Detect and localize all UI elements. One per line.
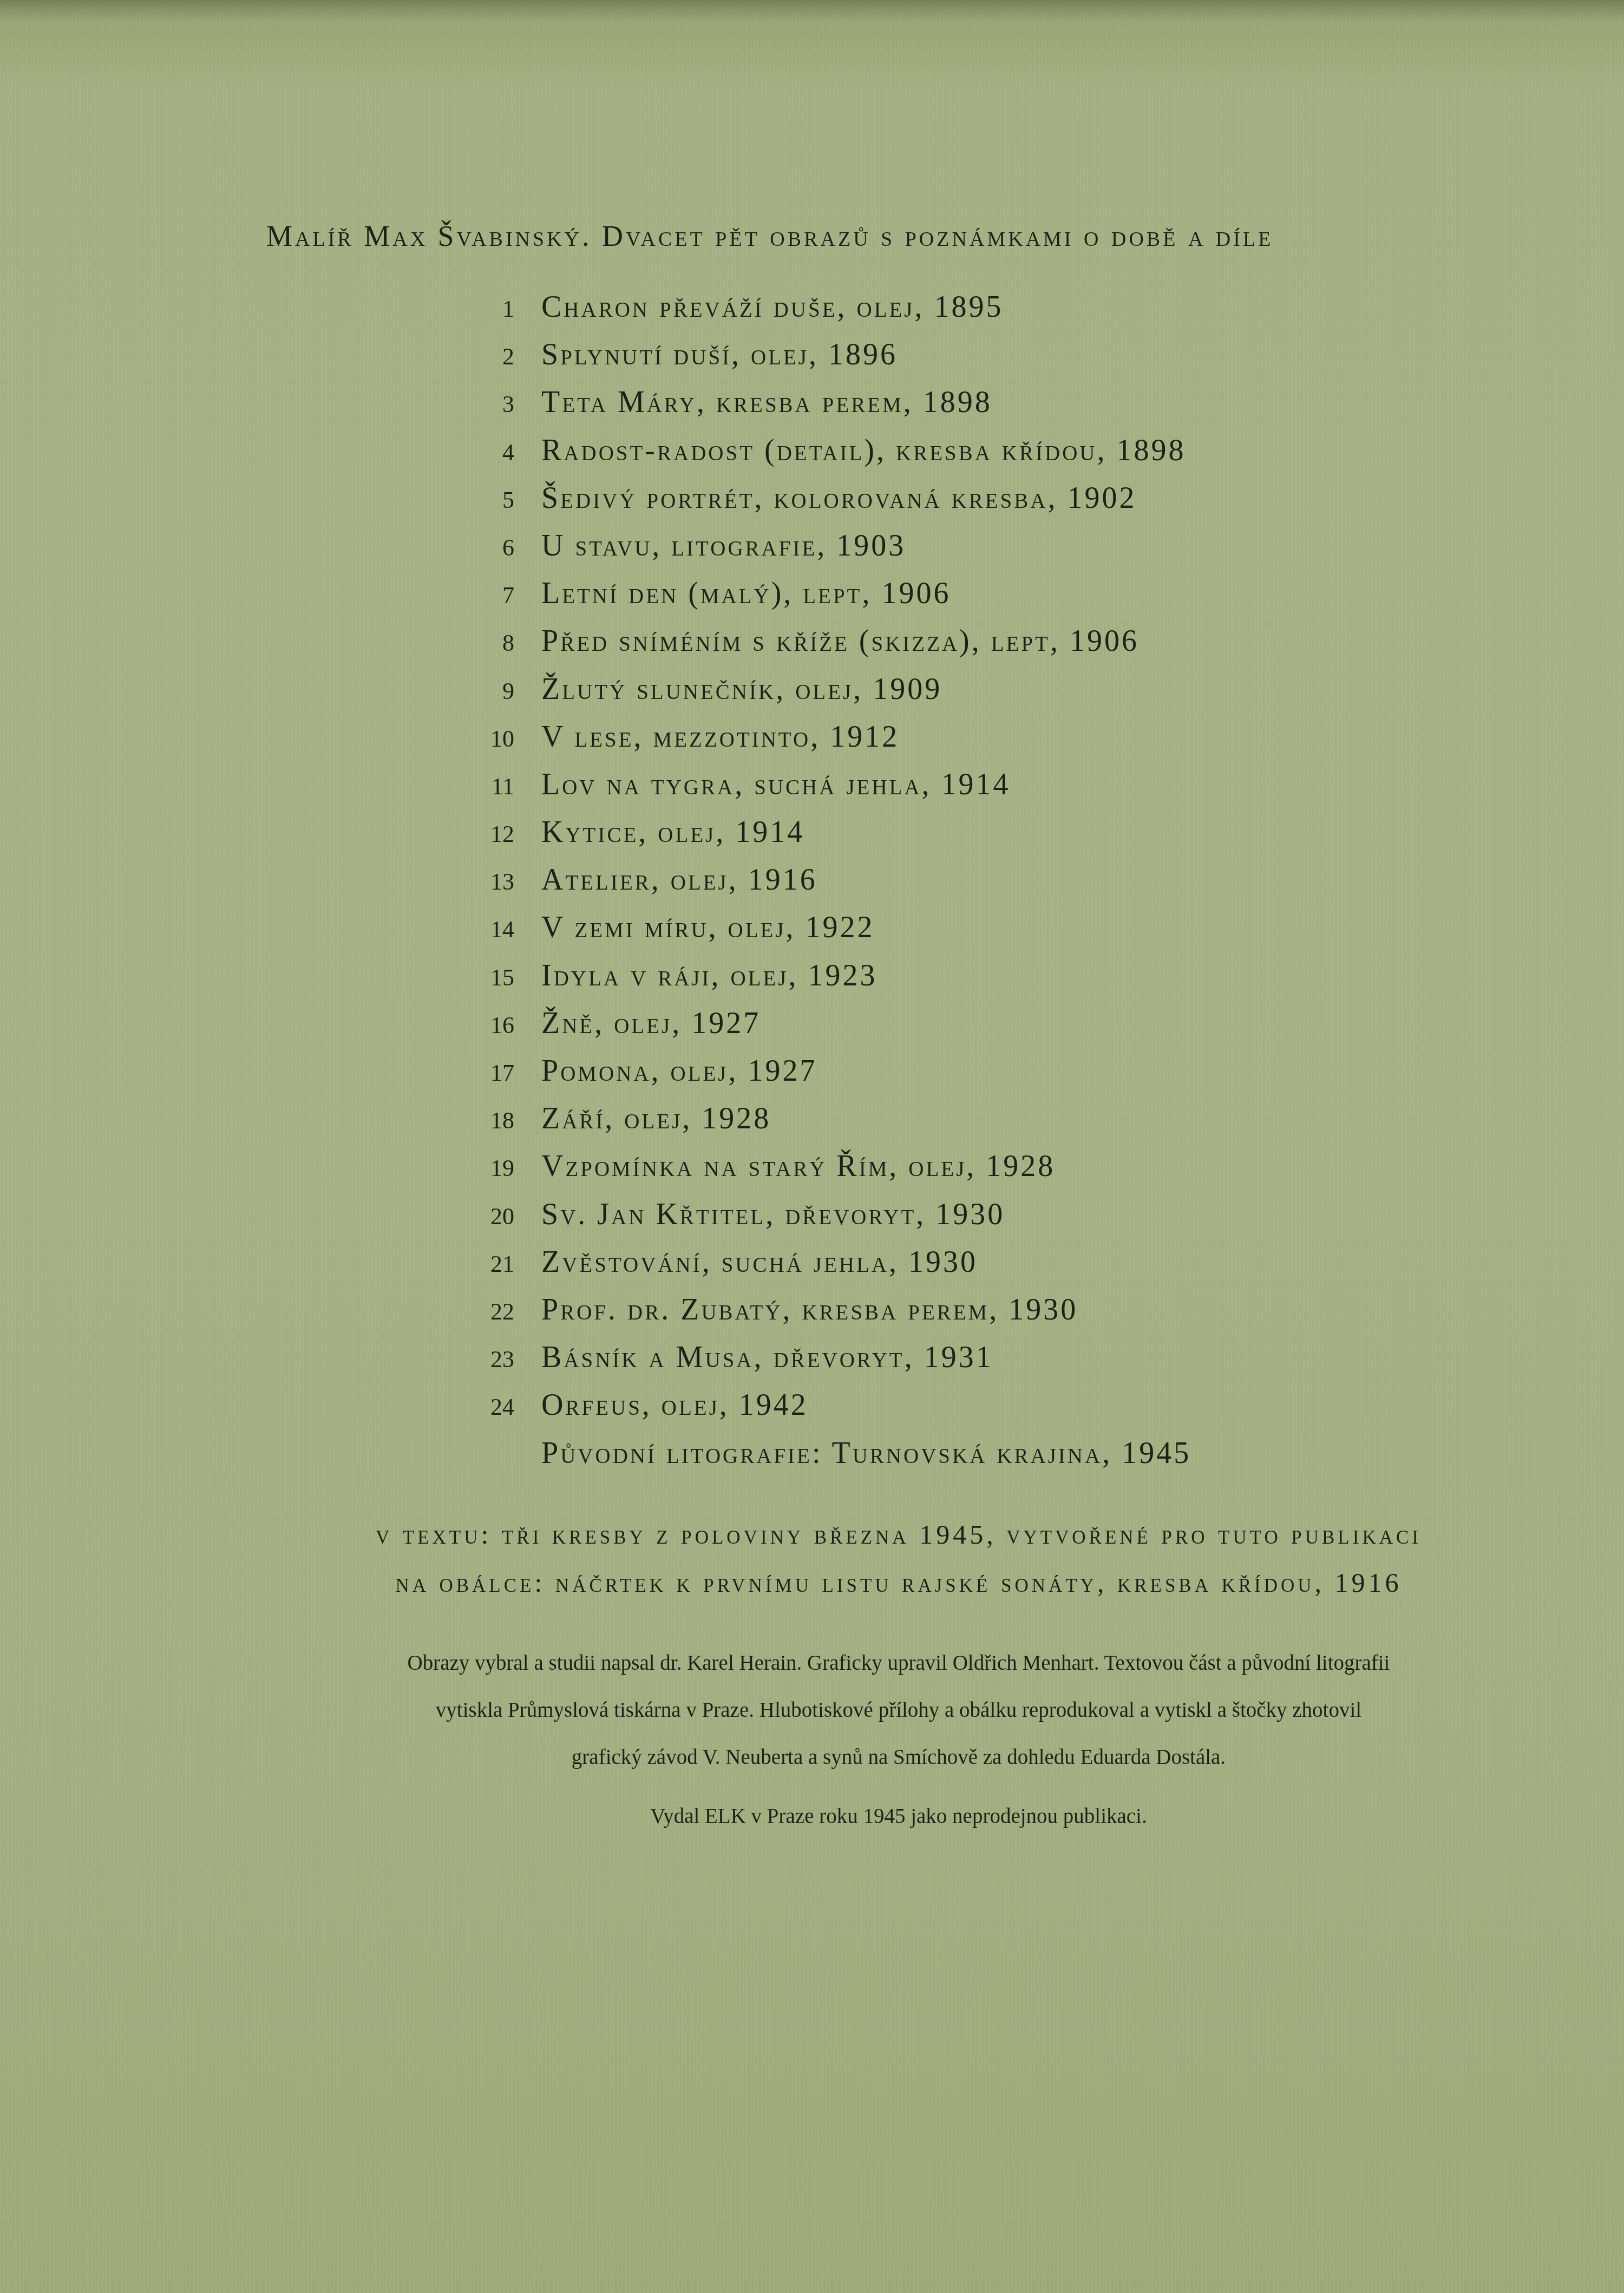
plate-title: Před sníméním s kříže (skizza), lept, 19… [541,624,1139,658]
plate-number: 12 [466,820,514,848]
plate-item: 11Lov na tygra, suchá jehla, 1914 [466,767,1386,815]
page-top-edge-shadow [0,0,1624,22]
plate-number: 20 [466,1203,514,1230]
plate-number: 22 [466,1298,514,1325]
plate-title: V zemi míru, olej, 1922 [541,910,875,945]
plate-item: 13Atelier, olej, 1916 [466,863,1386,910]
plate-item: 5Šedivý portrét, kolorovaná kresba, 1902 [466,481,1386,528]
plate-title: Orfeus, olej, 1942 [541,1388,808,1422]
plate-title: Žně, olej, 1927 [541,1006,761,1041]
plate-number: 5 [466,486,514,514]
plate-number: 4 [466,439,514,466]
plate-number: 1 [466,295,514,323]
plate-title: Zvěstování, suchá jehla, 1930 [541,1245,978,1279]
plate-title: Vzpomínka na starý Řím, olej, 1928 [541,1149,1055,1184]
plate-number: 24 [466,1393,514,1421]
plate-item: 14V zemi míru, olej, 1922 [466,910,1386,958]
plate-number: 8 [466,629,514,657]
plate-title: Básník a Musa, dřevoryt, 1931 [541,1340,993,1375]
plate-title: Kytice, olej, 1914 [541,815,804,850]
credits-line: Obrazy vybral a studii napsal dr. Karel … [217,1639,1581,1687]
plate-item: 19Vzpomínka na starý Řím, olej, 1928 [466,1149,1386,1197]
plate-number: 7 [466,582,514,609]
plate-item: 23Básník a Musa, dřevoryt, 1931 [466,1340,1386,1388]
plate-title: Atelier, olej, 1916 [541,863,817,897]
plate-item-original-lithograph: Původní litografie: Turnovská krajina, 1… [466,1436,1386,1484]
plate-item: 8Před sníméním s kříže (skizza), lept, 1… [466,624,1386,671]
book-title: Malíř Max Švabinský. Dvacet pět obrazů s… [266,219,1511,253]
plate-title: Původní litografie: Turnovská krajina, 1… [541,1436,1191,1471]
plate-number: 9 [466,677,514,705]
plate-title: Šedivý portrét, kolorovaná kresba, 1902 [541,481,1136,515]
plate-list: 1Charon převáží duše, olej, 1895 2Splynu… [466,290,1386,1484]
publisher-imprint: Vydal ELK v Praze roku 1945 jako neprode… [217,1804,1581,1828]
plate-number: 21 [466,1250,514,1278]
plate-item: 1Charon převáží duše, olej, 1895 [466,290,1386,337]
plate-title: Září, olej, 1928 [541,1101,771,1136]
plate-item: 12Kytice, olej, 1914 [466,815,1386,863]
plate-number: 16 [466,1011,514,1039]
plate-item: 15Idyla v ráji, olej, 1923 [466,958,1386,1006]
plate-title: V lese, mezzotinto, 1912 [541,720,899,754]
plate-item: 10V lese, mezzotinto, 1912 [466,720,1386,767]
note-on-cover: Na obálce: náčrtek k prvnímu listu rajsk… [238,1559,1559,1607]
plate-title: Pomona, olej, 1927 [541,1054,817,1088]
credits-line: vytiskla Průmyslová tiskárna v Praze. Hl… [217,1687,1581,1734]
illustration-notes: V textu: tři kresby z poloviny března 19… [238,1511,1559,1607]
plate-item: 6U stavu, litografie, 1903 [466,528,1386,576]
plate-title: Radost-radost (detail), kresba křídou, 1… [541,433,1186,468]
plate-title: Letní den (malý), lept, 1906 [541,576,951,611]
plate-item: 17Pomona, olej, 1927 [466,1054,1386,1101]
plate-item: 24Orfeus, olej, 1942 [466,1388,1386,1435]
plate-title: Žlutý slunečník, olej, 1909 [541,672,942,707]
plate-number: 14 [466,916,514,943]
plate-number: 15 [466,964,514,991]
plate-item: 20Sv. Jan Křtitel, dřevoryt, 1930 [466,1197,1386,1245]
plate-item: 4Radost-radost (detail), kresba křídou, … [466,433,1386,481]
plate-number: 10 [466,725,514,753]
plate-title: U stavu, litografie, 1903 [541,528,906,563]
plate-item: 21Zvěstování, suchá jehla, 1930 [466,1245,1386,1292]
credits-line: grafický závod V. Neuberta a synů na Smí… [217,1734,1581,1781]
plate-title: Sv. Jan Křtitel, dřevoryt, 1930 [541,1197,1005,1232]
plate-number: 19 [466,1154,514,1182]
plate-number: 11 [466,773,514,800]
plate-item: 18Září, olej, 1928 [466,1101,1386,1149]
plate-number: 13 [466,868,514,896]
plate-item: 16Žně, olej, 1927 [466,1006,1386,1054]
plate-title: Splynutí duší, olej, 1896 [541,337,898,372]
plate-number: 2 [466,343,514,370]
plate-title: Teta Máry, kresba perem, 1898 [541,385,992,420]
plate-number: 18 [466,1107,514,1134]
plate-title: Prof. dr. Zubatý, kresba perem, 1930 [541,1292,1078,1327]
plate-number: 23 [466,1345,514,1373]
plate-title: Idyla v ráji, olej, 1923 [541,958,877,993]
plate-title: Lov na tygra, suchá jehla, 1914 [541,767,1011,802]
note-in-text: V textu: tři kresby z poloviny března 19… [238,1511,1559,1559]
plate-number: 6 [466,534,514,561]
plate-item: 7Letní den (malý), lept, 1906 [466,576,1386,624]
plate-number: 3 [466,390,514,418]
plate-item: 9Žlutý slunečník, olej, 1909 [466,672,1386,720]
plate-item: 22Prof. dr. Zubatý, kresba perem, 1930 [466,1292,1386,1340]
plate-number: 17 [466,1059,514,1087]
plate-item: 2Splynutí duší, olej, 1896 [466,337,1386,385]
production-credits: Obrazy vybral a studii napsal dr. Karel … [217,1639,1581,1781]
plate-title: Charon převáží duše, olej, 1895 [541,290,1004,324]
plate-item: 3Teta Máry, kresba perem, 1898 [466,385,1386,433]
